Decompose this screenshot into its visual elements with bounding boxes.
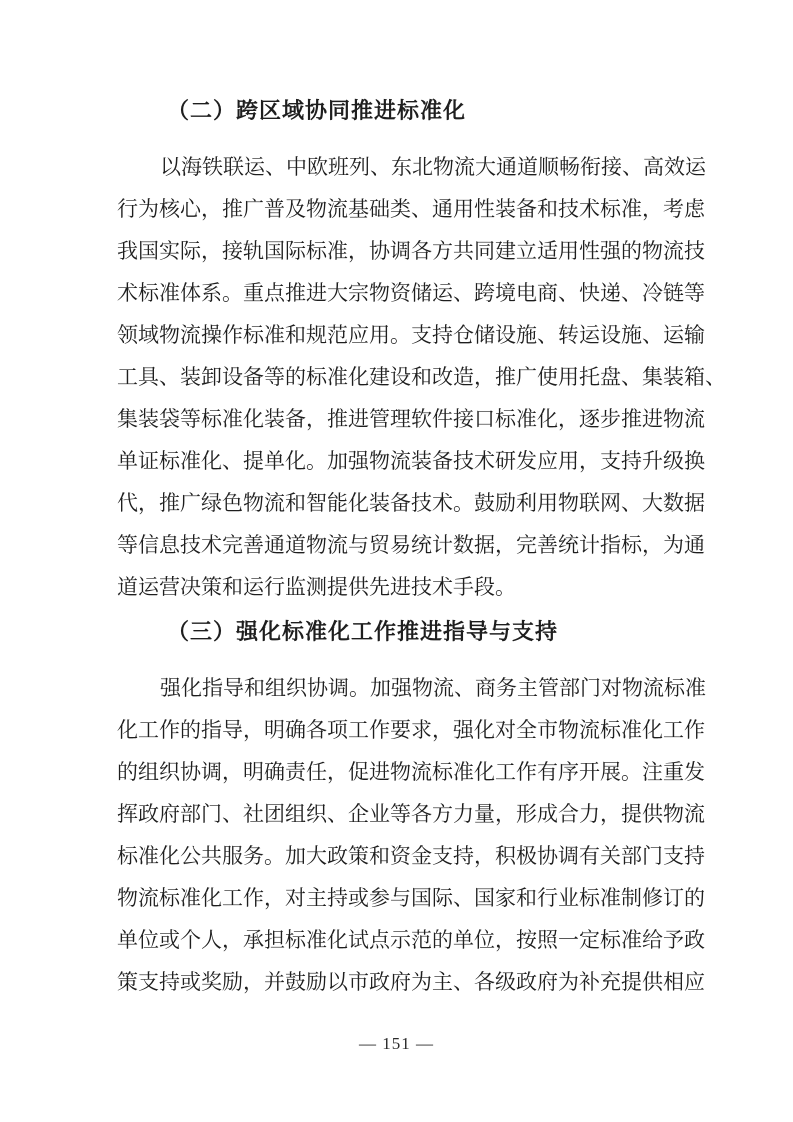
page-footer: — 151 — [0, 1034, 793, 1054]
text-line: 集装袋等标准化装备，推进管理软件接口标准化，逐步推进物流 [117, 398, 677, 440]
text-line: 挥政府部门、社团组织、企业等各方力量，形成合力，提供物流 [117, 793, 677, 835]
text-line: 道运营决策和运行监测提供先进技术手段。 [117, 566, 677, 608]
text-line: 等信息技术完善通道物流与贸易统计数据，完善统计指标，为通 [117, 524, 677, 566]
text-line: 标准化公共服务。加大政策和资金支持，积极协调有关部门支持 [117, 835, 677, 877]
text-line: 单证标准化、提单化。加强物流装备技术研发应用，支持升级换 [117, 440, 677, 482]
document-page: （二）跨区域协同推进标准化 以海铁联运、中欧班列、东北物流大通道顺畅衔接、高效运… [0, 0, 793, 1122]
text-line: 以海铁联运、中欧班列、东北物流大通道顺畅衔接、高效运 [117, 146, 677, 188]
text-line: 单位或个人，承担标准化试点示范的单位，按照一定标准给予政 [117, 919, 677, 961]
section-heading-3: （三）强化标准化工作推进指导与支持 [117, 611, 677, 653]
page-number: — 151 — [359, 1034, 434, 1053]
text-line: 工具、装卸设备等的标准化建设和改造，推广使用托盘、集装箱、 [117, 356, 677, 398]
text-line: 化工作的指导，明确各项工作要求，强化对全市物流标准化工作 [117, 709, 677, 751]
paragraph-section-2: 以海铁联运、中欧班列、东北物流大通道顺畅衔接、高效运 行为核心，推广普及物流基础… [117, 146, 677, 608]
text-line: 强化指导和组织协调。加强物流、商务主管部门对物流标准 [117, 667, 677, 709]
text-line: 物流标准化工作，对主持或参与国际、国家和行业标准制修订的 [117, 877, 677, 919]
text-line: 代，推广绿色物流和智能化装备技术。鼓励利用物联网、大数据 [117, 482, 677, 524]
text-line: 我国实际，接轨国际标准，协调各方共同建立适用性强的物流技 [117, 230, 677, 272]
paragraph-section-3: 强化指导和组织协调。加强物流、商务主管部门对物流标准 化工作的指导，明确各项工作… [117, 667, 677, 1003]
text-line: 的组织协调，明确责任，促进物流标准化工作有序开展。注重发 [117, 751, 677, 793]
text-line: 行为核心，推广普及物流基础类、通用性装备和技术标准，考虑 [117, 188, 677, 230]
section-heading-2: （二）跨区域协同推进标准化 [117, 90, 677, 132]
text-line: 策支持或奖励，并鼓励以市政府为主、各级政府为补充提供相应 [117, 961, 677, 1003]
text-line: 术标准体系。重点推进大宗物资储运、跨境电商、快递、冷链等 [117, 272, 677, 314]
text-line: 领域物流操作标准和规范应用。支持仓储设施、转运设施、运输 [117, 314, 677, 356]
